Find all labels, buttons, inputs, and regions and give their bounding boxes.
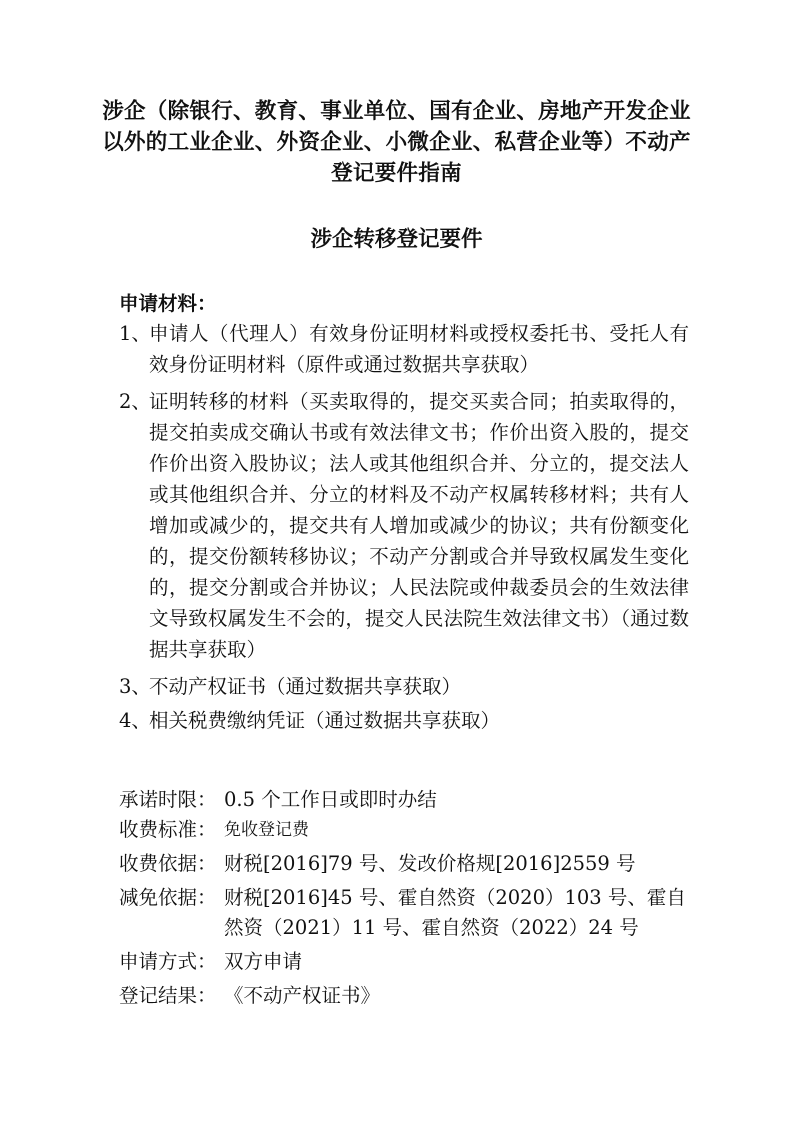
apply-method-label: 申请方式： — [119, 947, 224, 977]
materials-list: 1、 申请人（代理人）有效身份证明材料或授权委托书、受托人有效身份证明材料（原件… — [119, 318, 689, 739]
item-number: 2、 — [119, 386, 151, 417]
item-number: 1、 — [119, 318, 151, 349]
apply-method-row: 申请方式： 双方申请 — [119, 947, 699, 977]
time-limit-value: 0.5 个工作日或即时办结 — [224, 785, 699, 815]
exemption-basis-row: 减免依据： 财税[2016]45 号、霍自然资（2020）103 号、霍自然资（… — [119, 883, 699, 943]
time-limit-label: 承诺时限： — [119, 785, 224, 815]
item-text: 申请人（代理人）有效身份证明材料或授权委托书、受托人有效身份证明材料（原件或通过… — [149, 322, 689, 376]
exemption-basis-label: 减免依据： — [119, 883, 224, 943]
result-label: 登记结果： — [119, 981, 224, 1011]
exemption-basis-value: 财税[2016]45 号、霍自然资（2020）103 号、霍自然资（2021）1… — [224, 883, 699, 943]
list-item: 1、 申请人（代理人）有效身份证明材料或授权委托书、受托人有效身份证明材料（原件… — [119, 318, 689, 380]
fee-standard-row: 收费标准： 免收登记费 — [119, 815, 699, 845]
list-item: 4、 相关税费缴纳凭证（通过数据共享获取） — [119, 705, 689, 736]
fee-basis-value: 财税[2016]79 号、发改价格规[2016]2559 号 — [224, 849, 699, 879]
fee-standard-value: 免收登记费 — [224, 815, 699, 845]
document-title: 涉企（除银行、教育、事业单位、国有企业、房地产开发企业以外的工业企业、外资企业、… — [100, 96, 693, 189]
fee-basis-row: 收费依据： 财税[2016]79 号、发改价格规[2016]2559 号 — [119, 849, 699, 879]
item-text: 不动产权证书（通过数据共享获取） — [149, 675, 461, 698]
item-text: 证明转移的材料（买卖取得的，提交买卖合同；拍卖取得的，提交拍卖成交确认书或有效法… — [149, 390, 689, 661]
result-value: 《不动产权证书》 — [224, 981, 699, 1011]
section-title: 涉企转移登记要件 — [100, 225, 693, 255]
fee-basis-label: 收费依据： — [119, 849, 224, 879]
fee-standard-label: 收费标准： — [119, 815, 224, 845]
time-limit-row: 承诺时限： 0.5 个工作日或即时办结 — [119, 785, 699, 815]
apply-method-value: 双方申请 — [224, 947, 699, 977]
item-text: 相关税费缴纳凭证（通过数据共享获取） — [149, 709, 500, 732]
document-page: 涉企（除银行、教育、事业单位、国有企业、房地产开发企业以外的工业企业、外资企业、… — [0, 0, 793, 1122]
materials-label: 申请材料： — [119, 291, 217, 317]
item-number: 3、 — [119, 671, 151, 702]
list-item: 3、 不动产权证书（通过数据共享获取） — [119, 671, 689, 702]
item-number: 4、 — [119, 705, 151, 736]
list-item: 2、 证明转移的材料（买卖取得的，提交买卖合同；拍卖取得的，提交拍卖成交确认书或… — [119, 386, 689, 665]
info-section: 承诺时限： 0.5 个工作日或即时办结 收费标准： 免收登记费 收费依据： 财税… — [119, 785, 699, 1011]
result-row: 登记结果： 《不动产权证书》 — [119, 981, 699, 1011]
